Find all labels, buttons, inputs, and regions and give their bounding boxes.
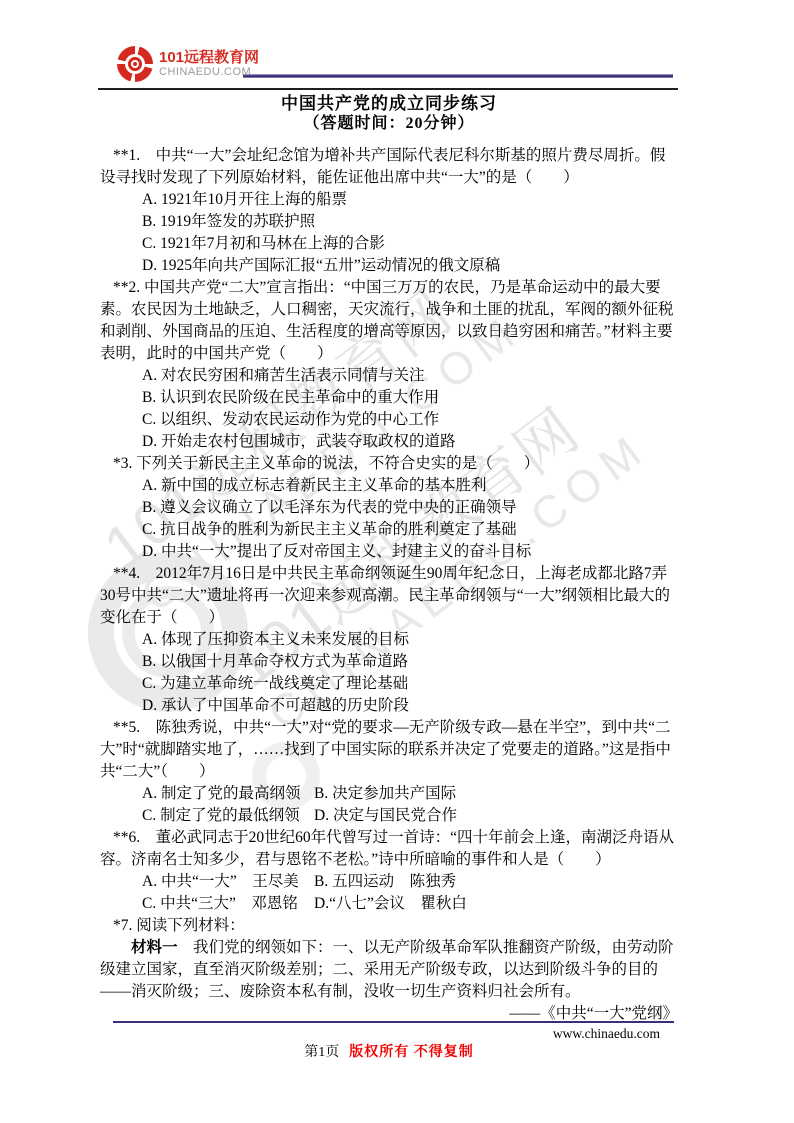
question-6-option: A. 中共“一大” 王尽美 [142,871,314,893]
question-2-option: D. 开始走农村包围城市，武装夺取政权的道路 [142,431,455,453]
brand-logo-icon [117,46,153,82]
document-content: 中国共产党的成立同步练习 （答题时间：20分钟） **1. 中共“一大”会址纪念… [100,94,678,1025]
question-4-option: C. 为建立革命统一战线奠定了理论基础 [142,673,408,695]
question-3-option-row: C. 抗日战争的胜利为新民主主义革命的胜利奠定了基础 [100,519,678,541]
question-5-option: B. 决定参加共产国际 [314,783,456,805]
header-accent-line [243,74,673,78]
question-5: **5. 陈独秀说，中共“一大”对“党的要求—无产阶级专政—悬在半空”，到中共“… [100,717,678,827]
question-4-stem: **4. 2012年7月16日是中共民主革命纲领诞生90周年纪念日，上海老成都北… [100,563,678,629]
question-4-option-row: A. 体现了压抑资本主义未来发展的目标 [100,629,678,651]
question-6-option: D.“八七”会议 瞿秋白 [314,893,467,915]
footer-divider-line [113,1021,674,1023]
question-1-option: D. 1925年向共产国际汇报“五卅”运动情况的俄文原稿 [142,255,500,277]
question-5-option: D. 决定与国民党合作 [314,805,457,827]
page-number: 第1页 [304,1045,339,1060]
footer-url: www.chinaedu.com [553,1026,660,1042]
question-4-option-row: C. 为建立革命统一战线奠定了理论基础 [100,673,678,695]
question-4-option: D. 承认了中国革命不可超越的历史阶段 [142,695,409,717]
question-6-option: B. 五四运动 陈独秀 [314,871,456,893]
question-1-option-row: C. 1921年7月初和马林在上海的合影 [100,233,678,255]
question-2-option-row: C. 以组织、发动农民运动作为党的中心工作 [100,409,678,431]
question-2-stem: **2. 中国共产党“二大”宣言指出：“中国三万万的农民，乃是革命运动中的最大要… [100,277,678,365]
question-5-option: A. 制定了党的最高纲领 [142,783,314,805]
question-2-option: A. 对农民穷困和痛苦生活表示同情与关注 [142,365,424,387]
page-title: 中国共产党的成立同步练习 [100,94,678,114]
brand-name-cn: 101远程教育网 [159,49,259,66]
question-3-option-row: D. 中共“一大”提出了反对帝国主义、封建主义的奋斗目标 [100,541,678,563]
material-paragraph: 材料一 我们党的纲领如下：一、以无产阶级革命军队推翻资产阶级，由劳动阶级建立国家… [100,937,678,1003]
copyright-notice: 版权所有 不得复制 [349,1045,474,1060]
question-3: *3. 下列关于新民主主义革命的说法，不符合史实的是（ ）A. 新中国的成立标志… [100,453,678,563]
question-4-option-row: B. 以俄国十月革命夺权方式为革命道路 [100,651,678,673]
question-5-stem: **5. 陈独秀说，中共“一大”对“党的要求—无产阶级专政—悬在半空”，到中共“… [100,717,678,783]
question-3-option: B. 遵义会议确立了以毛泽东为代表的党中央的正确领导 [142,497,517,519]
question-4-option: B. 以俄国十月革命夺权方式为革命道路 [142,651,408,673]
question-2-option-row: A. 对农民穷困和痛苦生活表示同情与关注 [100,365,678,387]
question-2-option-row: B. 认识到农民阶级在民主革命中的重大作用 [100,387,678,409]
question-1-option-row: D. 1925年向共产国际汇报“五卅”运动情况的俄文原稿 [100,255,678,277]
question-6-stem: **6. 董必武同志于20世纪60年代曾写过一首诗：“四十年前会上逢，南湖泛舟语… [100,827,678,871]
question-3-option-row: A. 新中国的成立标志着新民主主义革命的基本胜利 [100,475,678,497]
question-4-option: A. 体现了压抑资本主义未来发展的目标 [142,629,409,651]
material-text: 我们党的纲领如下：一、以无产阶级革命军队推翻资产阶级，由劳动阶级建立国家，直至消… [100,939,674,1000]
question-6-option-row: C. 中共“三大” 邓恩铭D.“八七”会议 瞿秋白 [100,893,678,915]
material-label: 材料一 [131,939,178,956]
question-2-option-row: D. 开始走农村包围城市，武装夺取政权的道路 [100,431,678,453]
question-3-option: A. 新中国的成立标志着新民主主义革命的基本胜利 [142,475,486,497]
questions: **1. 中共“一大”会址纪念馆为增补共产国际代表尼科尔斯基的照片费尽周折。假设… [100,145,678,937]
question-7-stem: *7. 阅读下列材料： [100,915,678,937]
question-2-option: C. 以组织、发动农民运动作为党的中心工作 [142,409,439,431]
question-4: **4. 2012年7月16日是中共民主革命纲领诞生90周年纪念日，上海老成都北… [100,563,678,717]
question-1-option: C. 1921年7月初和马林在上海的合影 [142,233,385,255]
question-3-stem: *3. 下列关于新民主主义革命的说法，不符合史实的是（ ） [100,453,678,475]
question-1-option: A. 1921年10月开往上海的船票 [142,189,347,211]
question-3-option: C. 抗日战争的胜利为新民主主义革命的胜利奠定了基础 [142,519,517,541]
question-1-option: B. 1919年签发的苏联护照 [142,211,315,233]
site-logo: 101远程教育网 CHINAEDU.COM [117,46,259,82]
worksheet-page: 101远程教育网 CHINAEDU.COM 101远程教育网 CHINAEDU.… [0,0,794,1123]
question-5-option-row: A. 制定了党的最高纲领B. 决定参加共产国际 [100,783,678,805]
question-4-option-row: D. 承认了中国革命不可超越的历史阶段 [100,695,678,717]
question-2: **2. 中国共产党“二大”宣言指出：“中国三万万的农民，乃是革命运动中的最大要… [100,277,678,453]
question-1: **1. 中共“一大”会址纪念馆为增补共产国际代表尼科尔斯基的照片费尽周折。假设… [100,145,678,277]
question-5-option-row: C. 制定了党的最低纲领D. 决定与国民党合作 [100,805,678,827]
question-3-option: D. 中共“一大”提出了反对帝国主义、封建主义的奋斗目标 [142,541,531,563]
question-1-option-row: A. 1921年10月开往上海的船票 [100,189,678,211]
brand-logo-center-dot [133,62,137,66]
question-6: **6. 董必武同志于20世纪60年代曾写过一首诗：“四十年前会上逢，南湖泛舟语… [100,827,678,915]
page-subtitle: （答题时间：20分钟） [100,114,678,134]
question-6-option: C. 中共“三大” 邓恩铭 [142,893,314,915]
question-5-option: C. 制定了党的最低纲领 [142,805,314,827]
question-1-stem: **1. 中共“一大”会址纪念馆为增补共产国际代表尼科尔斯基的照片费尽周折。假设… [100,145,678,189]
question-2-option: B. 认识到农民阶级在民主革命中的重大作用 [142,387,439,409]
question-7: *7. 阅读下列材料： [100,915,678,937]
question-6-option-row: A. 中共“一大” 王尽美B. 五四运动 陈独秀 [100,871,678,893]
question-1-option-row: B. 1919年签发的苏联护照 [100,211,678,233]
question-3-option-row: B. 遵义会议确立了以毛泽东为代表的党中央的正确领导 [100,497,678,519]
header-divider-line [98,88,678,90]
footer-center: 第1页版权所有 不得复制 [100,1041,678,1061]
